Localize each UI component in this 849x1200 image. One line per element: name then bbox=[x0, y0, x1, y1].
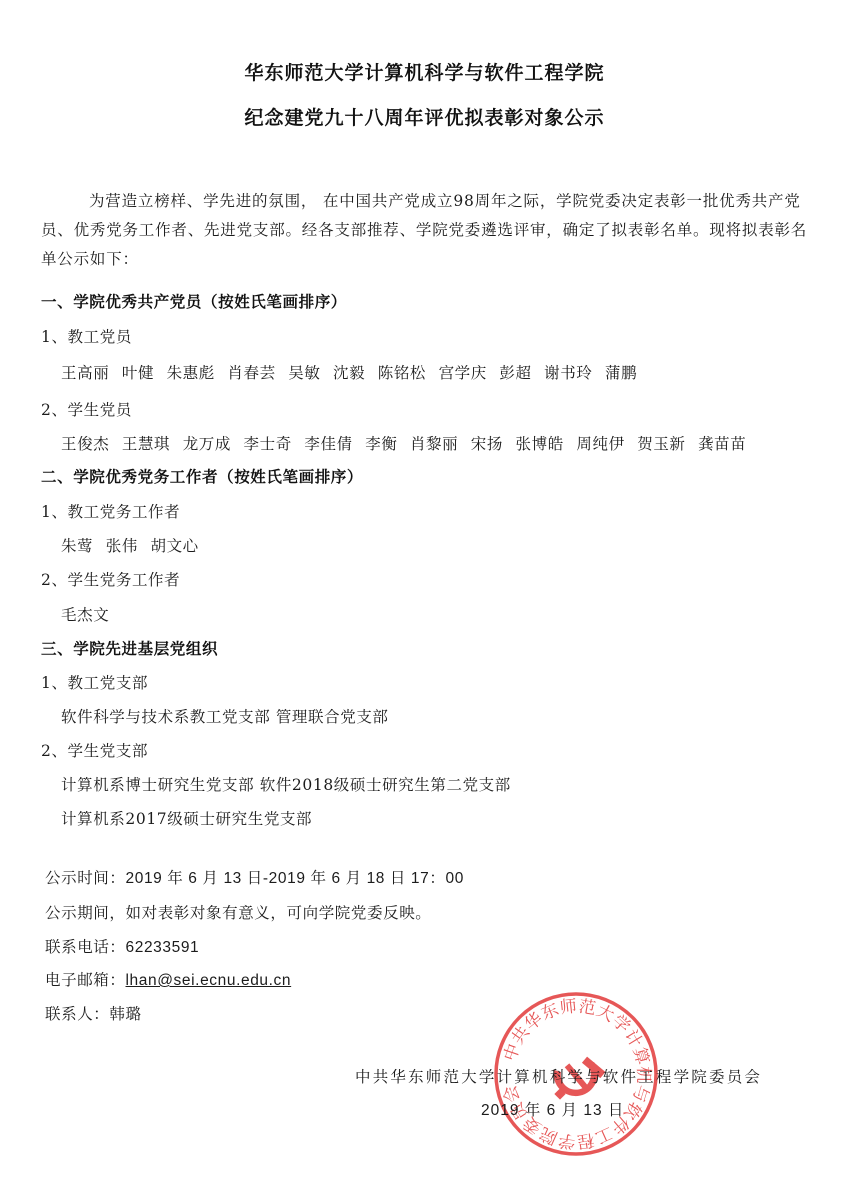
section-3-heading: 三、学院先进基层党组织 bbox=[41, 637, 218, 659]
publicity-period: 公示时间：2019 年 6 月 13 日-2019 年 6 月 18 日 17：… bbox=[45, 866, 464, 888]
section-3-group-2-line-2: 计算机系2017级硕士研究生党支部 bbox=[61, 807, 312, 829]
member-name: 李佳倩 bbox=[304, 435, 352, 453]
member-name: 宫学庆 bbox=[439, 364, 487, 382]
section-3-group-1-line-1: 软件科学与技术系教工党支部 管理联合党支部 bbox=[61, 705, 389, 727]
member-name: 朱惠彪 bbox=[167, 364, 215, 382]
publicity-period-value: 2019 年 6 月 13 日-2019 年 6 月 18 日 17：00 bbox=[126, 870, 464, 887]
section-2-group-1-label: 1、教工党务工作者 bbox=[41, 500, 180, 522]
section-2-heading: 二、学院优秀党务工作者（按姓氏笔画排序） bbox=[41, 465, 363, 487]
section-1-group-2-names: 王俊杰 王慧琪 龙万成 李士奇 李佳倩 李衡 肖黎丽 宋扬 张博皓 周纯伊 贺玉… bbox=[61, 432, 753, 454]
section-1-group-1-label: 1、教工党员 bbox=[41, 325, 132, 347]
section-3-group-2-label: 2、学生党支部 bbox=[41, 739, 148, 761]
publicity-period-label: 公示时间： bbox=[45, 869, 126, 887]
contact-phone: 联系电话：62233591 bbox=[45, 935, 199, 957]
member-name: 沈毅 bbox=[333, 364, 365, 382]
section-3-group-2-line-1: 计算机系博士研究生党支部 软件2018级硕士研究生第二党支部 bbox=[61, 773, 511, 795]
member-name: 宋扬 bbox=[471, 435, 503, 453]
section-2-group-2-label: 2、学生党务工作者 bbox=[41, 568, 180, 590]
contact-person: 联系人：韩璐 bbox=[45, 1002, 142, 1024]
member-name: 龙万成 bbox=[183, 435, 231, 453]
member-name: 陈铭松 bbox=[378, 364, 426, 382]
member-name: 胡文心 bbox=[150, 537, 198, 555]
member-name: 王慧琪 bbox=[122, 435, 170, 453]
member-name: 肖春芸 bbox=[227, 364, 275, 382]
member-name: 王俊杰 bbox=[61, 435, 109, 453]
contact-person-label: 联系人： bbox=[45, 1005, 109, 1023]
contact-email-link[interactable]: lhan@sei.ecnu.edu.cn bbox=[126, 972, 292, 989]
intro-text: 为营造立榜样、学先进的氛围， 在中国共产党成立98周年之际，学院党委决定表彰一批… bbox=[41, 192, 807, 268]
section-1-group-1-names: 王高丽 叶健 朱惠彪 肖春芸 吴敏 沈毅 陈铭松 宫学庆 彭超 谢书玲 蒲鹏 bbox=[61, 361, 644, 383]
section-2-group-1-names: 朱莺 张伟 胡文心 bbox=[61, 534, 206, 556]
document-title-line2: 纪念建党九十八周年评优拟表彰对象公示 bbox=[0, 103, 849, 130]
document-page: 华东师范大学计算机科学与软件工程学院 纪念建党九十八周年评优拟表彰对象公示 为营… bbox=[0, 0, 849, 1200]
member-name: 肖黎丽 bbox=[410, 435, 458, 453]
member-name: 谢书玲 bbox=[544, 364, 592, 382]
member-name: 朱莺 bbox=[61, 537, 93, 555]
member-name: 毛杰文 bbox=[61, 606, 109, 624]
member-name: 彭超 bbox=[499, 364, 531, 382]
contact-email: 电子邮箱：lhan@sei.ecnu.edu.cn bbox=[45, 968, 291, 990]
member-name: 张博皓 bbox=[516, 435, 564, 453]
member-name: 李士奇 bbox=[244, 435, 292, 453]
section-1-group-2-label: 2、学生党员 bbox=[41, 398, 132, 420]
member-name: 张伟 bbox=[106, 537, 138, 555]
contact-phone-value: 62233591 bbox=[126, 939, 200, 956]
member-name: 贺玉新 bbox=[637, 435, 685, 453]
member-name: 龚苗苗 bbox=[698, 435, 746, 453]
objection-note: 公示期间，如对表彰对象有意义，可向学院党委反映。 bbox=[45, 901, 431, 923]
contact-email-label: 电子邮箱： bbox=[45, 971, 126, 989]
document-title-line1: 华东师范大学计算机科学与软件工程学院 bbox=[0, 58, 849, 85]
member-name: 吴敏 bbox=[288, 364, 320, 382]
intro-paragraph: 为营造立榜样、学先进的氛围， 在中国共产党成立98周年之际，学院党委决定表彰一批… bbox=[41, 187, 811, 274]
member-name: 王高丽 bbox=[61, 364, 109, 382]
signature-date: 2019 年 6 月 13 日 bbox=[481, 1098, 624, 1120]
contact-phone-label: 联系电话： bbox=[45, 938, 126, 956]
contact-person-value: 韩璐 bbox=[109, 1005, 141, 1023]
section-2-group-2-names: 毛杰文 bbox=[61, 603, 116, 625]
signature-organization: 中共华东师范大学计算机科学与软件工程学院委员会 bbox=[355, 1065, 762, 1087]
section-1-heading: 一、学院优秀共产党员（按姓氏笔画排序） bbox=[41, 290, 347, 312]
member-name: 周纯伊 bbox=[576, 435, 624, 453]
member-name: 李衡 bbox=[365, 435, 397, 453]
member-name: 蒲鹏 bbox=[605, 364, 637, 382]
section-3-group-1-label: 1、教工党支部 bbox=[41, 671, 148, 693]
member-name: 叶健 bbox=[122, 364, 154, 382]
